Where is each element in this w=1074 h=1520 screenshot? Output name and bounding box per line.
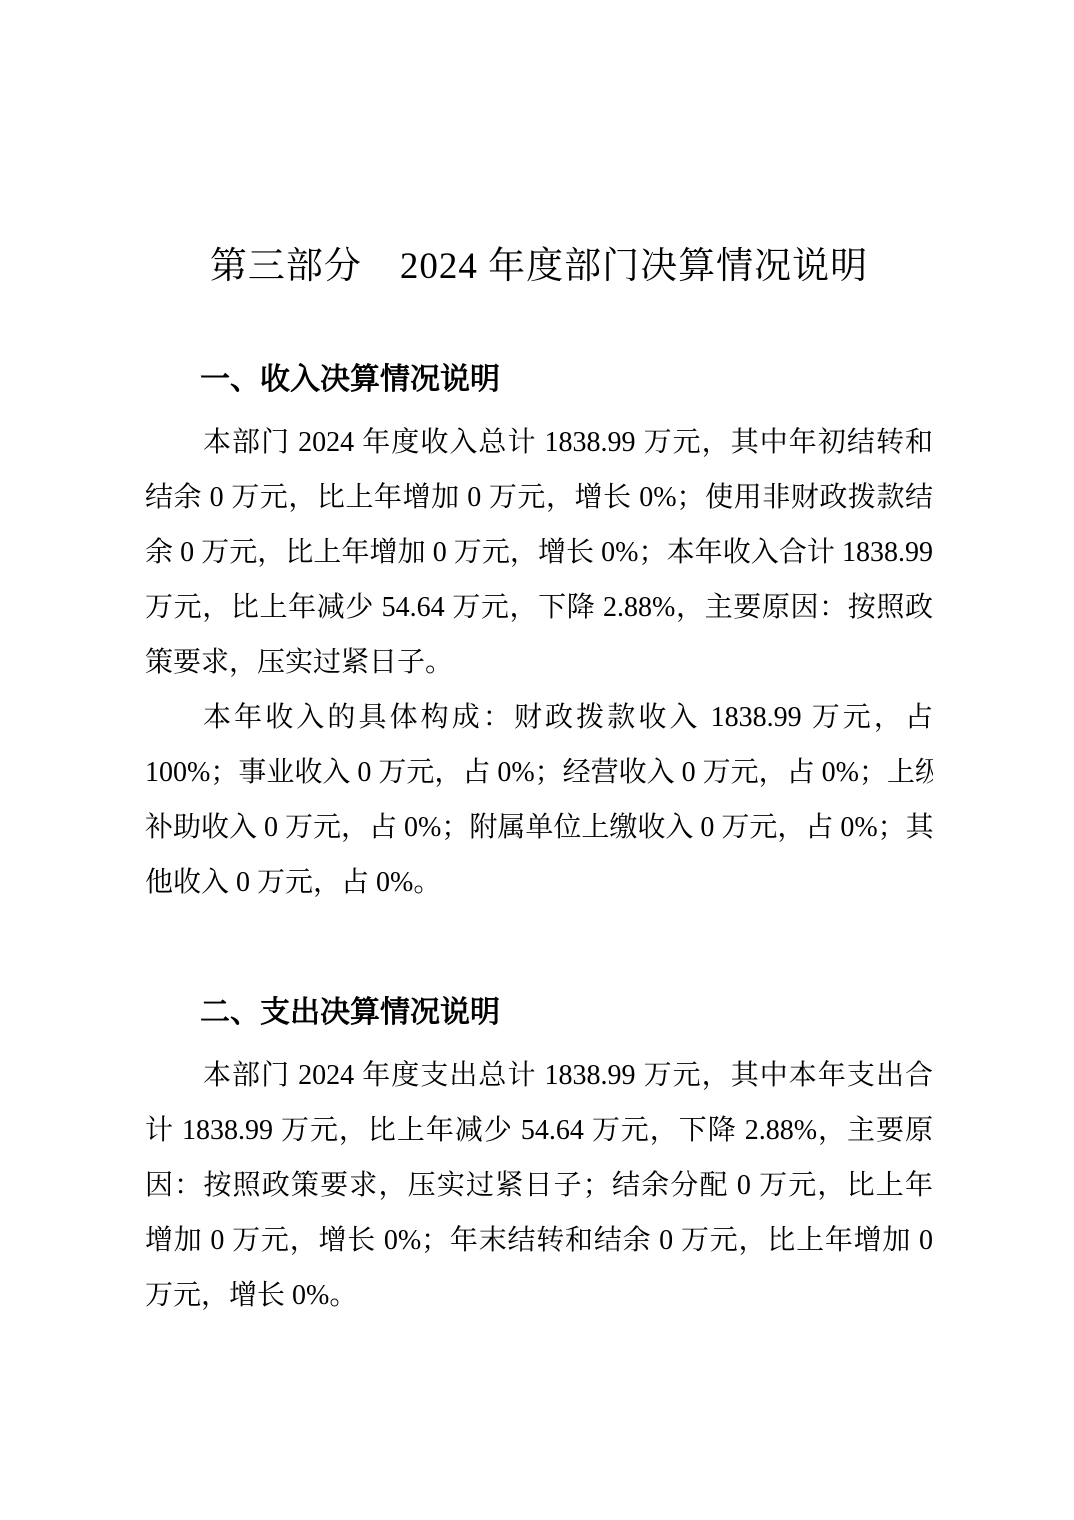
paragraph-line: 补助收入 0 万元，占 0%；附属单位上缴收入 0 万元，占 0%；其	[145, 800, 933, 855]
paragraph-line: 策要求，压实过紧日子。	[145, 635, 933, 690]
paragraph-line: 万元，增长 0%。	[145, 1268, 933, 1323]
paragraph-line: 因：按照政策要求，压实过紧日子；结余分配 0 万元，比上年	[145, 1158, 933, 1213]
paragraph-line: 余 0 万元，比上年增加 0 万元，增长 0%；本年收入合计 1838.99	[145, 525, 933, 580]
section-heading-income: 一、收入决算情况说明	[145, 360, 988, 400]
paragraph-line: 本部门 2024 年度支出总计 1838.99 万元，其中本年支出合	[145, 1048, 933, 1103]
paragraph-line: 计 1838.99 万元，比上年减少 54.64 万元，下降 2.88%，主要原	[145, 1103, 933, 1158]
paragraph-line: 万元，比上年减少 54.64 万元，下降 2.88%，主要原因：按照政	[145, 580, 933, 635]
document-page: 第三部分 2024 年度部门决算情况说明 一、收入决算情况说明 本部门 2024…	[0, 0, 1074, 1520]
paragraph-line: 结余 0 万元，比上年增加 0 万元，增长 0%；使用非财政拨款结	[145, 470, 933, 525]
paragraph-line: 他收入 0 万元，占 0%。	[145, 855, 933, 910]
section-heading-expense: 二、支出决算情况说明	[145, 993, 988, 1033]
paragraph-line: 增加 0 万元，增长 0%；年末结转和结余 0 万元，比上年增加 0	[145, 1213, 933, 1268]
paragraph-line: 100%；事业收入 0 万元，占 0%；经营收入 0 万元，占 0%；上级	[145, 745, 933, 800]
paragraph-income-summary: 本部门 2024 年度收入总计 1838.99 万元，其中年初结转和 结余 0 …	[145, 415, 933, 690]
paragraph-income-composition: 本年收入的具体构成：财政拨款收入 1838.99 万元，占 100%；事业收入 …	[145, 690, 933, 910]
paragraph-line: 本年收入的具体构成：财政拨款收入 1838.99 万元，占	[145, 690, 933, 745]
paragraph-expense-summary: 本部门 2024 年度支出总计 1838.99 万元，其中本年支出合 计 183…	[145, 1048, 933, 1323]
paragraph-line: 本部门 2024 年度收入总计 1838.99 万元，其中年初结转和	[145, 415, 933, 470]
page-title: 第三部分 2024 年度部门决算情况说明	[145, 241, 933, 293]
